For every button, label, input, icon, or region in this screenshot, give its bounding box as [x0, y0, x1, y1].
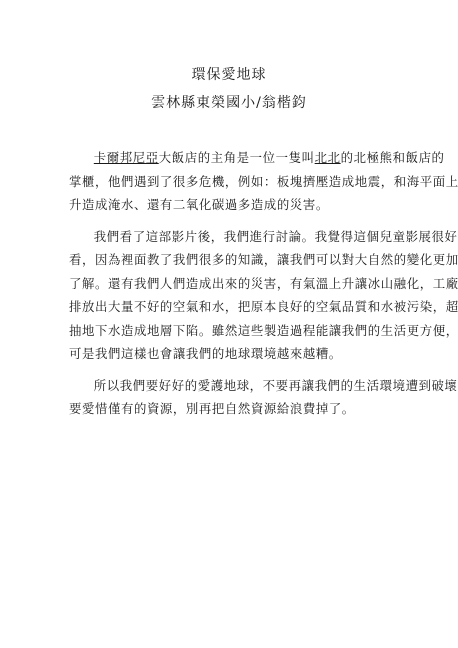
paragraph-1: 卡爾邦尼亞大飯店的主角是一位一隻叫北北的北極熊和飯店的 掌櫃，他們遇到了很多危機…: [69, 146, 393, 217]
document-page: 環保愛地球 雲林縣東榮國小/翁楷鈞 卡爾邦尼亞大飯店的主角是一位一隻叫北北的北極…: [0, 0, 458, 648]
paragraph-3: 所以我們要好好的愛護地球，不要再讓我們的生活環境遭到破壞， 要愛惜僅有的資源，別…: [69, 374, 393, 421]
text-line: 排放出大量不好的空氣和水，把原本良好的空氣品質和水被污染，超: [69, 295, 393, 319]
author-line: 雲林縣東榮國小/翁楷鈞: [0, 92, 458, 112]
text-line: 可是我們這樣也會讓我們的地球環境越來越糟。: [69, 342, 393, 366]
text-line: 掌櫃，他們遇到了很多危機，例如：板塊擠壓造成地震，和海平面上: [69, 170, 393, 194]
document-title: 環保愛地球: [0, 64, 458, 84]
hotel-name: 卡爾邦尼亞: [94, 150, 159, 165]
text-line: 卡爾邦尼亞大飯店的主角是一位一隻叫北北的北極熊和飯店的: [69, 146, 393, 170]
text-line: 了解。還有我們人們造成出來的災害，有氣溫上升讓冰山融化，工廠: [69, 272, 393, 296]
text-line: 要愛惜僅有的資源，別再把自然資源給浪費掉了。: [69, 397, 393, 421]
character-name: 北北: [315, 150, 341, 165]
text-line: 所以我們要好好的愛護地球，不要再讓我們的生活環境遭到破壞，: [69, 374, 393, 398]
text-line: 我們看了這部影片後，我們進行討論。我覺得這個兒童影展很好: [69, 225, 393, 249]
document-body: 卡爾邦尼亞大飯店的主角是一位一隻叫北北的北極熊和飯店的 掌櫃，他們遇到了很多危機…: [69, 146, 393, 429]
text-segment: 的北極熊和飯店的: [341, 150, 445, 165]
paragraph-2: 我們看了這部影片後，我們進行討論。我覺得這個兒童影展很好 看，因為裡面教了我們很…: [69, 225, 393, 366]
text-line: 看，因為裡面教了我們很多的知識，讓我們可以對大自然的變化更加: [69, 248, 393, 272]
text-segment: 大飯店的主角是一位一隻叫: [159, 150, 315, 165]
text-line: 升造成淹水、還有二氧化碳過多造成的災害。: [69, 193, 393, 217]
text-line: 抽地下水造成地層下陷。雖然這些製造過程能讓我們的生活更方便，: [69, 319, 393, 343]
